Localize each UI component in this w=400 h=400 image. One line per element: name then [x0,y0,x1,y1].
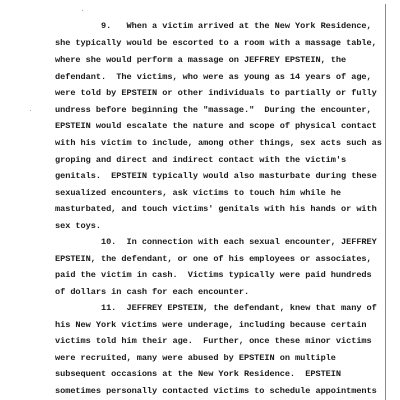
page-edge-line [385,4,386,400]
text-line: were recruited, many were abused by EPST… [55,353,336,363]
text-line: 11. JEFFREY EPSTEIN, the defendant, knew… [55,303,377,313]
text-line: victims told him their age. Further, onc… [55,336,372,346]
text-line: were told by EPSTEIN or other individual… [55,88,377,98]
text-line: his New York victims were underage, incl… [55,320,367,330]
text-line: with his victim to include, among other … [55,138,382,148]
text-line: she typically would be escorted to a roo… [55,38,377,48]
text-line: subsequent occasions at the New York Res… [55,369,341,379]
document-page: 9. When a victim arrived at the New York… [0,0,400,400]
text-line: paid the victim in cash. Victims typical… [55,270,372,280]
text-line: sex toys. [55,221,101,231]
text-line: where she would perform a massage on JEF… [55,55,346,65]
text-line: EPSTEIN would escalate the nature and sc… [55,121,377,131]
text-line: defendant. The victims, who were as youn… [55,72,372,82]
text-line: 9. When a victim arrived at the New York… [55,21,372,31]
text-line: sexualized encounters, ask victims to to… [55,188,341,198]
text-line: sometimes personally contacted victims t… [55,386,377,396]
text-line: groping and direct and indirect contact … [55,155,346,165]
text-line: undress before beginning the "massage." … [55,105,372,115]
text-line: masturbated, and touch victims' genitals… [55,204,377,214]
scan-speck [82,10,83,11]
text-line: 10. In connection with each sexual encou… [55,237,377,247]
text-line: of dollars in cash for each encounter. [55,287,249,297]
scan-speck [30,110,31,111]
text-line: EPSTEIN, the defendant, or one of his em… [55,254,372,264]
text-line: genitals. EPSTEIN typically would also m… [55,171,377,181]
